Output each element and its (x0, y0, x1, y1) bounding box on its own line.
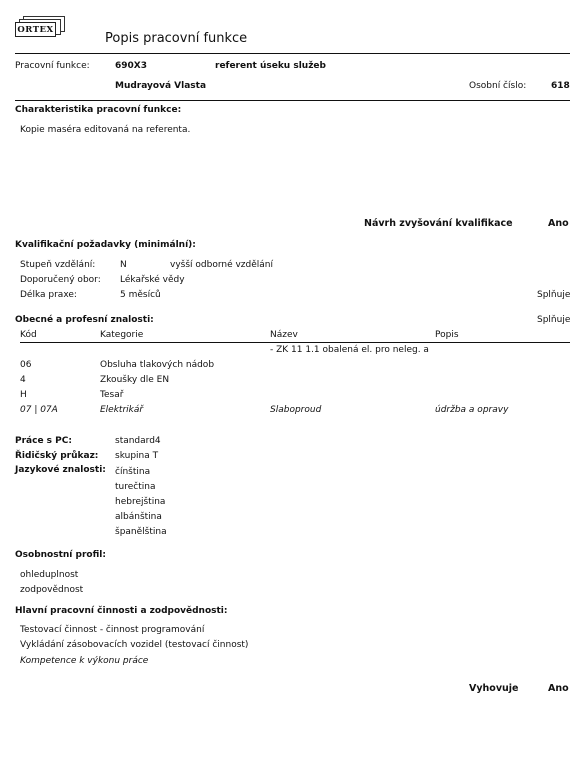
table-cell-category: Tesař (100, 390, 123, 400)
knowledge-heading: Obecné a profesní znalosti: (15, 315, 154, 325)
table-cell-code: 4 (20, 375, 26, 385)
table-header-divider (20, 342, 570, 343)
characteristics-heading: Charakteristika pracovní funkce: (15, 105, 181, 115)
table-cell-name: Slaboproud (270, 405, 321, 415)
column-header-description: Popis (435, 330, 459, 340)
pc-label: Práce s PC: (15, 436, 72, 446)
competence-text: Kompetence k výkonu práce (20, 656, 148, 666)
ortex-logo: ORTEX (15, 16, 65, 38)
column-header-code: Kód (20, 330, 37, 340)
practice-status: Splňuje (537, 290, 570, 300)
activity-item: Testovací činnost - činnost programování (20, 625, 204, 635)
requirements-heading: Kvalifikační požadavky (minimální): (15, 240, 196, 250)
personal-number-label: Osobní číslo: (469, 81, 526, 91)
field-value: Lékařské vědy (120, 275, 185, 285)
license-label: Řidičský průkaz: (15, 451, 98, 461)
education-name: vyšší odborné vzdělání (170, 260, 273, 270)
personal-number: 618 (551, 81, 570, 91)
activities-heading: Hlavní pracovní činnosti a zodpovědnosti… (15, 606, 227, 616)
page-title: Popis pracovní funkce (105, 31, 247, 46)
result-value: Ano (548, 683, 569, 694)
column-header-name: Název (270, 330, 298, 340)
logo-text: ORTEX (15, 22, 56, 37)
table-cell-name: - ZK 11 1.1 obalená el. pro neleg. a (270, 345, 429, 355)
language-item: čínština (115, 467, 150, 477)
practice-value: 5 měsíců (120, 290, 161, 300)
divider (15, 100, 570, 101)
function-code: 690X3 (115, 61, 147, 71)
profile-item: zodpovědnost (20, 585, 83, 595)
table-cell-desc: údržba a opravy (435, 405, 508, 415)
practice-label: Délka praxe: (20, 290, 77, 300)
employee-name: Mudrayová Vlasta (115, 81, 206, 91)
table-cell-category: Obsluha tlakových nádob (100, 360, 214, 370)
license-value: skupina T (115, 451, 158, 461)
knowledge-status: Splňuje (537, 315, 570, 325)
pc-value: standard4 (115, 436, 161, 446)
activity-item: Vykládání zásobovacích vozidel (testovac… (20, 640, 248, 650)
column-header-category: Kategorie (100, 330, 143, 340)
language-item: albánština (115, 512, 162, 522)
characteristics-text: Kopie maséra editovaná na referenta. (20, 125, 190, 135)
table-cell-category: Zkoušky dle EN (100, 375, 169, 385)
language-item: hebrejština (115, 497, 165, 507)
divider (15, 53, 570, 54)
education-code: N (120, 260, 127, 270)
language-item: turečtina (115, 482, 155, 492)
function-name: referent úseku služeb (215, 61, 326, 71)
qualification-proposal-label: Návrh zvyšování kvalifikace (364, 218, 513, 229)
profile-item: ohleduplnost (20, 570, 78, 580)
language-item: španělština (115, 527, 167, 537)
languages-label: Jazykové znalosti: (15, 465, 106, 475)
table-cell-category: Elektrikář (100, 405, 143, 415)
personal-profile-heading: Osobnostní profil: (15, 550, 106, 560)
table-cell-code: 06 (20, 360, 31, 370)
result-label: Vyhovuje (469, 683, 519, 694)
education-label: Stupeň vzdělání: (20, 260, 95, 270)
function-label: Pracovní funkce: (15, 61, 90, 71)
qualification-proposal-value: Ano (548, 218, 569, 229)
field-label: Doporučený obor: (20, 275, 101, 285)
table-cell-code: 07 | 07A (20, 405, 58, 415)
table-cell-code: H (20, 390, 27, 400)
